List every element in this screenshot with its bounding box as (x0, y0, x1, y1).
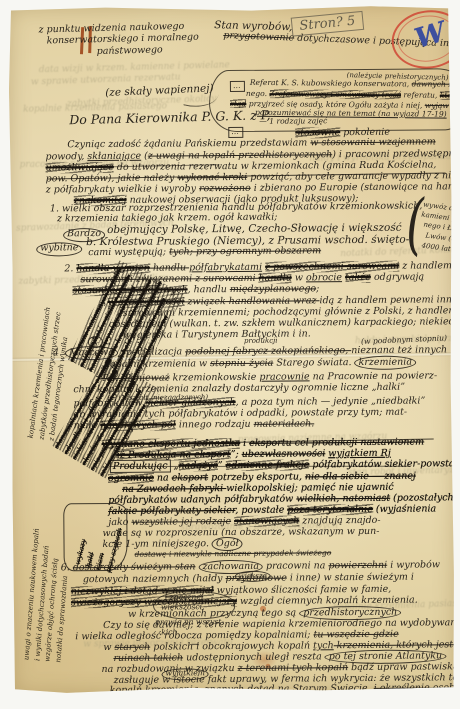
text-segment: (wyjaśnienia (373, 503, 436, 514)
text-segment: nieznana też innych (351, 344, 447, 356)
text-segment: poza terytorialnie (287, 504, 373, 516)
text-segment: 2. (64, 263, 76, 274)
text-segment: stąd (230, 99, 246, 108)
text-segment: pracowni na (263, 560, 329, 572)
text-segment: nie dla siebie — znanej (305, 471, 416, 483)
text-segment: półfabrykatów siekier-powstałych (309, 458, 460, 470)
margin-bubble-line: większości, (161, 603, 205, 612)
bleedthrough-line: data wizji w krzem. kamienne i powielane (39, 60, 230, 75)
margin-bubble-line: prawie na wszyst- (155, 618, 224, 627)
page-count-badge: Stron? 5 (291, 11, 364, 37)
text-segment: i inne) w stanie świeżym i (287, 572, 414, 584)
text-segment: , powstałe (235, 505, 287, 516)
text-segment: nego. (246, 89, 270, 98)
approval-stamp: W (388, 6, 460, 73)
text-segment: przygotowanie (223, 30, 294, 44)
circled-annotation: wyjątkiem (162, 668, 210, 680)
manuscript-page: w sprawie utworzenia rezerwatukopalnie k… (8, 4, 455, 694)
text-segment: w (292, 272, 306, 283)
inserted-word: produkcji (244, 337, 278, 345)
margin-notes-vertical: uwagi o znaczeniu naukowem kopalńi wynik… (21, 528, 73, 663)
text-segment: pamięć nie ujawnić (301, 482, 394, 494)
text-segment: i określenie osobliwie (374, 682, 460, 694)
text-segment: Zreferowawszy i omówiwszy treść (269, 89, 401, 99)
text-segment: krzemionkowskie (170, 372, 260, 384)
text-segment: siekier gładzonych (146, 397, 236, 409)
text-segment: Starego świata. (273, 357, 354, 369)
header-note-left-line: państwowego (97, 45, 163, 58)
text-segment: w stosowaniu wzajemnem (310, 136, 435, 148)
text-segment: dostawę i niezwykle nadliczne przypadek … (135, 548, 332, 559)
struck-line: dostawę i niezwykle nadliczne przypadek … (135, 549, 332, 559)
text-segment: eksport (172, 472, 209, 483)
ellipsis-box-icon: … (228, 127, 243, 138)
text-segment: gotowych naziemnych (hałdy (83, 573, 226, 585)
monogram-initials: W (411, 17, 449, 55)
ellipsis-box-icon: … (230, 81, 245, 92)
text-segment: handlu (150, 262, 189, 273)
text-segment: ; (316, 283, 319, 294)
text-segment: międzyplanowego (230, 283, 316, 295)
text-segment: wielkich, natomiast (296, 493, 390, 505)
text-segment: wyjątkiem Rj (328, 448, 391, 459)
margin-bubble-line: kich (161, 628, 177, 637)
bleedthrough-layer: w sprawie utworzenia rezerwatukopalnie k… (8, 4, 450, 7)
circled-annotation: wybitne (36, 242, 82, 256)
brace-left-icon: ( (406, 184, 425, 262)
text-segment: znajdują znajdo- (299, 515, 380, 527)
strike-mark (110, 466, 410, 468)
text-segment: ruinach takich (113, 652, 183, 664)
text-segment: i wyrobów (387, 559, 440, 570)
closing-line: kopalń krzemienia, znanych dotąd na Star… (110, 683, 460, 697)
text-segment: ogromnie (108, 473, 154, 484)
item-1-line: cami występują; tych; przy ogromnym obsz… (88, 246, 321, 259)
text-segment: stanowiących (234, 515, 299, 527)
text-segment: , handlu (188, 284, 230, 295)
margin-bubble-line: i znacznej (165, 593, 203, 602)
text-segment: referatu, (401, 90, 440, 99)
text-segment: kopalń krzemienia, znanych dotąd na Star… (110, 683, 374, 696)
text-segment: zakopiańskiego, (268, 345, 351, 357)
text-segment: z handlem pewnemi (399, 260, 460, 272)
text-segment: Czyniąc zadość żądaniu Pańskiemu przedst… (67, 137, 310, 150)
text-segment: i zbierano po Europie (stanowiące na han… (251, 181, 460, 194)
text-segment: skłaniające (87, 151, 141, 162)
text-segment: półfabrykatami (189, 262, 262, 274)
text-segment: ) i pracowni przedwstępnych), (332, 148, 460, 160)
scanned-manuscript: w sprawie utworzenia rezerwatukopalnie k… (0, 0, 460, 709)
text-segment: wielkopolskiej; (226, 482, 301, 494)
text-segment: innego rodzaju (176, 419, 254, 431)
brace-right-icon: ) (454, 204, 460, 282)
text-segment: na (154, 472, 172, 483)
text-segment: materiałach. (254, 418, 315, 429)
text-segment: krzemienia (355, 356, 417, 370)
text-segment: ”; (231, 449, 242, 460)
text-segment: rozwożono (199, 183, 251, 194)
text-segment: tych; przy ogromnym obszarem (169, 245, 321, 257)
text-segment: powody, (45, 151, 87, 162)
text-segment: które objęte (440, 91, 460, 100)
text-segment: stopniu życia (210, 358, 273, 369)
text-segment: także (345, 272, 371, 283)
text-segment: tu wszędzie gdzie (313, 629, 398, 641)
text-segment: na Zawodach fabryki (122, 483, 226, 495)
text-segment: tych (313, 640, 334, 651)
text-segment: wzgląd ciemnych kopalń krzemienia. (237, 595, 418, 607)
text-segment: bądź upraw pastwiska a grani- (348, 661, 460, 673)
text-segment: z terenami tych kopalń (238, 662, 349, 674)
text-segment: (pozostałych) (390, 492, 457, 504)
arrow-icon: → (191, 640, 199, 651)
text-segment: obrocie (306, 272, 342, 283)
text-segment: cami występują; (88, 246, 169, 258)
text-segment: na Pracownie na powierz- (310, 370, 438, 382)
text-segment: ubezwłasnowości (242, 448, 326, 460)
text-segment: powierzchni (328, 560, 387, 571)
text-segment: w (103, 642, 114, 653)
text-segment: wszystkie jej rodzaje (131, 516, 231, 528)
text-segment: pracownie (259, 371, 309, 382)
item-4-line: kopalni krzemienia w stopniu życia Stare… (104, 358, 416, 371)
text-segment: podobnej fabrycz (185, 346, 268, 358)
text-segment: wane są w rozproszeniu (na obszarze, wsk… (102, 526, 379, 539)
text-segment: starych (114, 642, 150, 653)
text-segment: odgrywają (371, 271, 424, 282)
text-segment: handlu (259, 273, 292, 284)
text-segment: potrzeby eksportu, (208, 471, 305, 483)
